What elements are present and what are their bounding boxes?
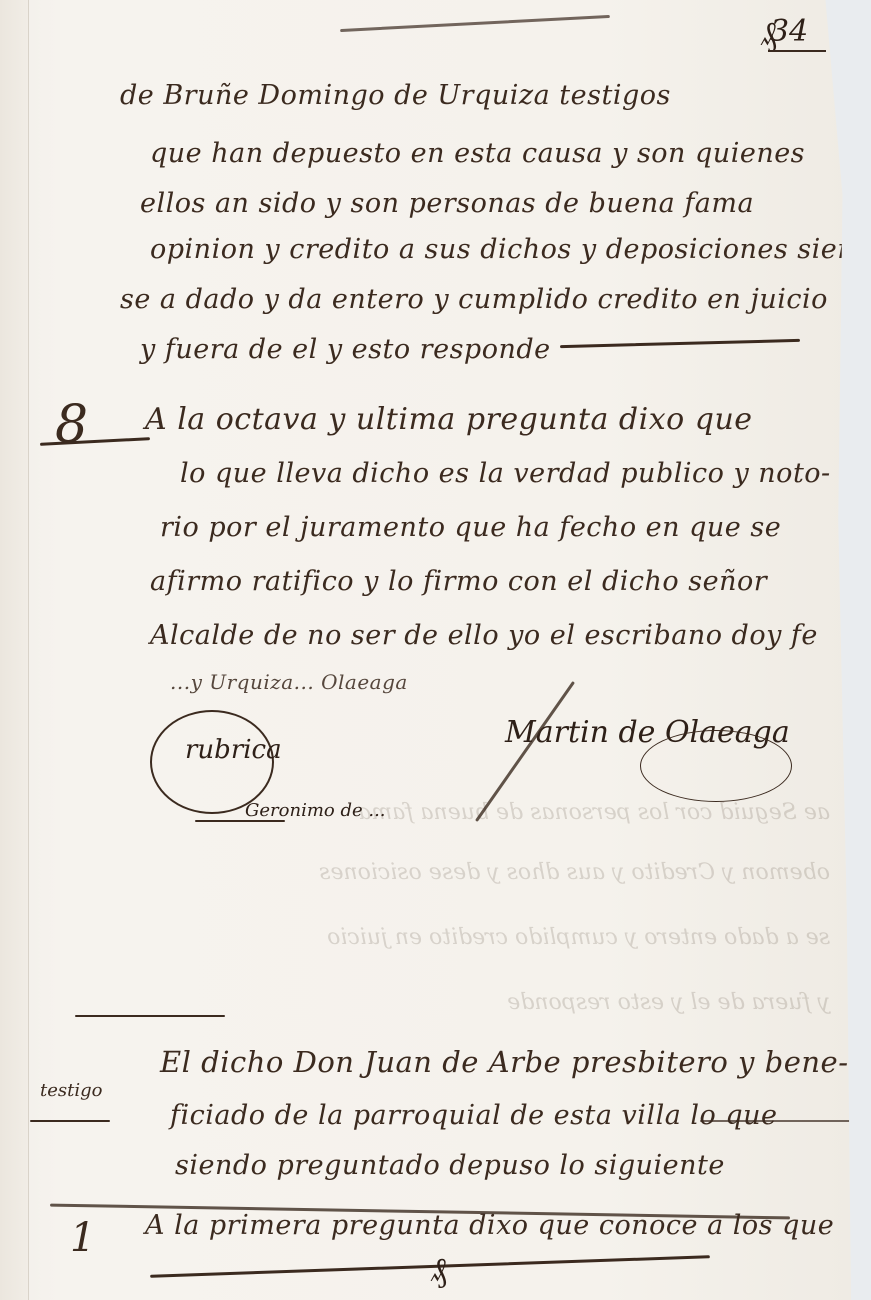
margin-question-number: 1 bbox=[70, 1215, 95, 1261]
bleed-through-text: obemon y Credito y aus dhos y dese osici… bbox=[30, 860, 830, 885]
text-line: y fuera de el y esto responde bbox=[140, 334, 551, 365]
margin-question-number: 8 bbox=[55, 395, 88, 455]
text-line: A la octava y ultima pregunta dixo que bbox=[145, 402, 753, 437]
line-fill-stroke bbox=[700, 1120, 860, 1122]
text-line: ...y Urquiza... Olaeaga bbox=[170, 670, 408, 694]
line-fill-stroke bbox=[560, 339, 800, 348]
separator-stroke bbox=[75, 1015, 225, 1017]
bleed-through-text: y fuera de el y esto responde bbox=[30, 990, 830, 1015]
top-flourish-stroke bbox=[340, 15, 610, 32]
bleed-through-text: ae Seguid cor los personas de buena fama bbox=[30, 800, 830, 825]
text-line: lo que lleva dicho es la verdad publico … bbox=[180, 458, 831, 489]
text-line: se a dado y da entero y cumplido credito… bbox=[120, 284, 828, 315]
signature-rubric: rubrica bbox=[185, 735, 282, 765]
manuscript-page: ae Seguid cor los personas de buena fama… bbox=[0, 0, 851, 1300]
text-line: ficiado de la parroquial de esta villa l… bbox=[170, 1100, 778, 1131]
rubric-mark-icon: ₰ bbox=[430, 1250, 447, 1290]
text-line: afirmo ratifico y lo firmo con el dicho … bbox=[150, 566, 767, 597]
margin-witness-label: testigo bbox=[40, 1080, 102, 1101]
text-line: El dicho Don Juan de Arbe presbitero y b… bbox=[160, 1045, 849, 1079]
text-line: ellos an sido y son personas de buena fa… bbox=[140, 188, 754, 219]
signature-geronimo: Geronimo de ... bbox=[245, 800, 386, 821]
text-line: rio por el juramento que ha fecho en que… bbox=[160, 512, 781, 543]
text-line: A la primera pregunta dixo que conoce a … bbox=[145, 1210, 834, 1241]
rubric-mark-icon: ₰ bbox=[760, 14, 777, 54]
adjacent-page-edge bbox=[0, 0, 29, 1300]
folio-underline bbox=[768, 50, 826, 52]
text-line: que han depuesto en esta causa y son qui… bbox=[150, 138, 805, 169]
signature-underline bbox=[195, 820, 285, 822]
signature-flourish bbox=[640, 730, 792, 802]
text-line: siendo preguntado depuso lo siguiente bbox=[175, 1150, 725, 1181]
text-line: de Bruñe Domingo de Urquiza testigos bbox=[120, 80, 671, 111]
text-line: Alcalde de no ser de ello yo el escriban… bbox=[150, 620, 818, 651]
bleed-through-text: se a dado entero y cumplido credito en j… bbox=[30, 925, 830, 950]
margin-stroke bbox=[30, 1120, 110, 1122]
text-line: opinion y credito a sus dichos y deposic… bbox=[150, 234, 871, 265]
